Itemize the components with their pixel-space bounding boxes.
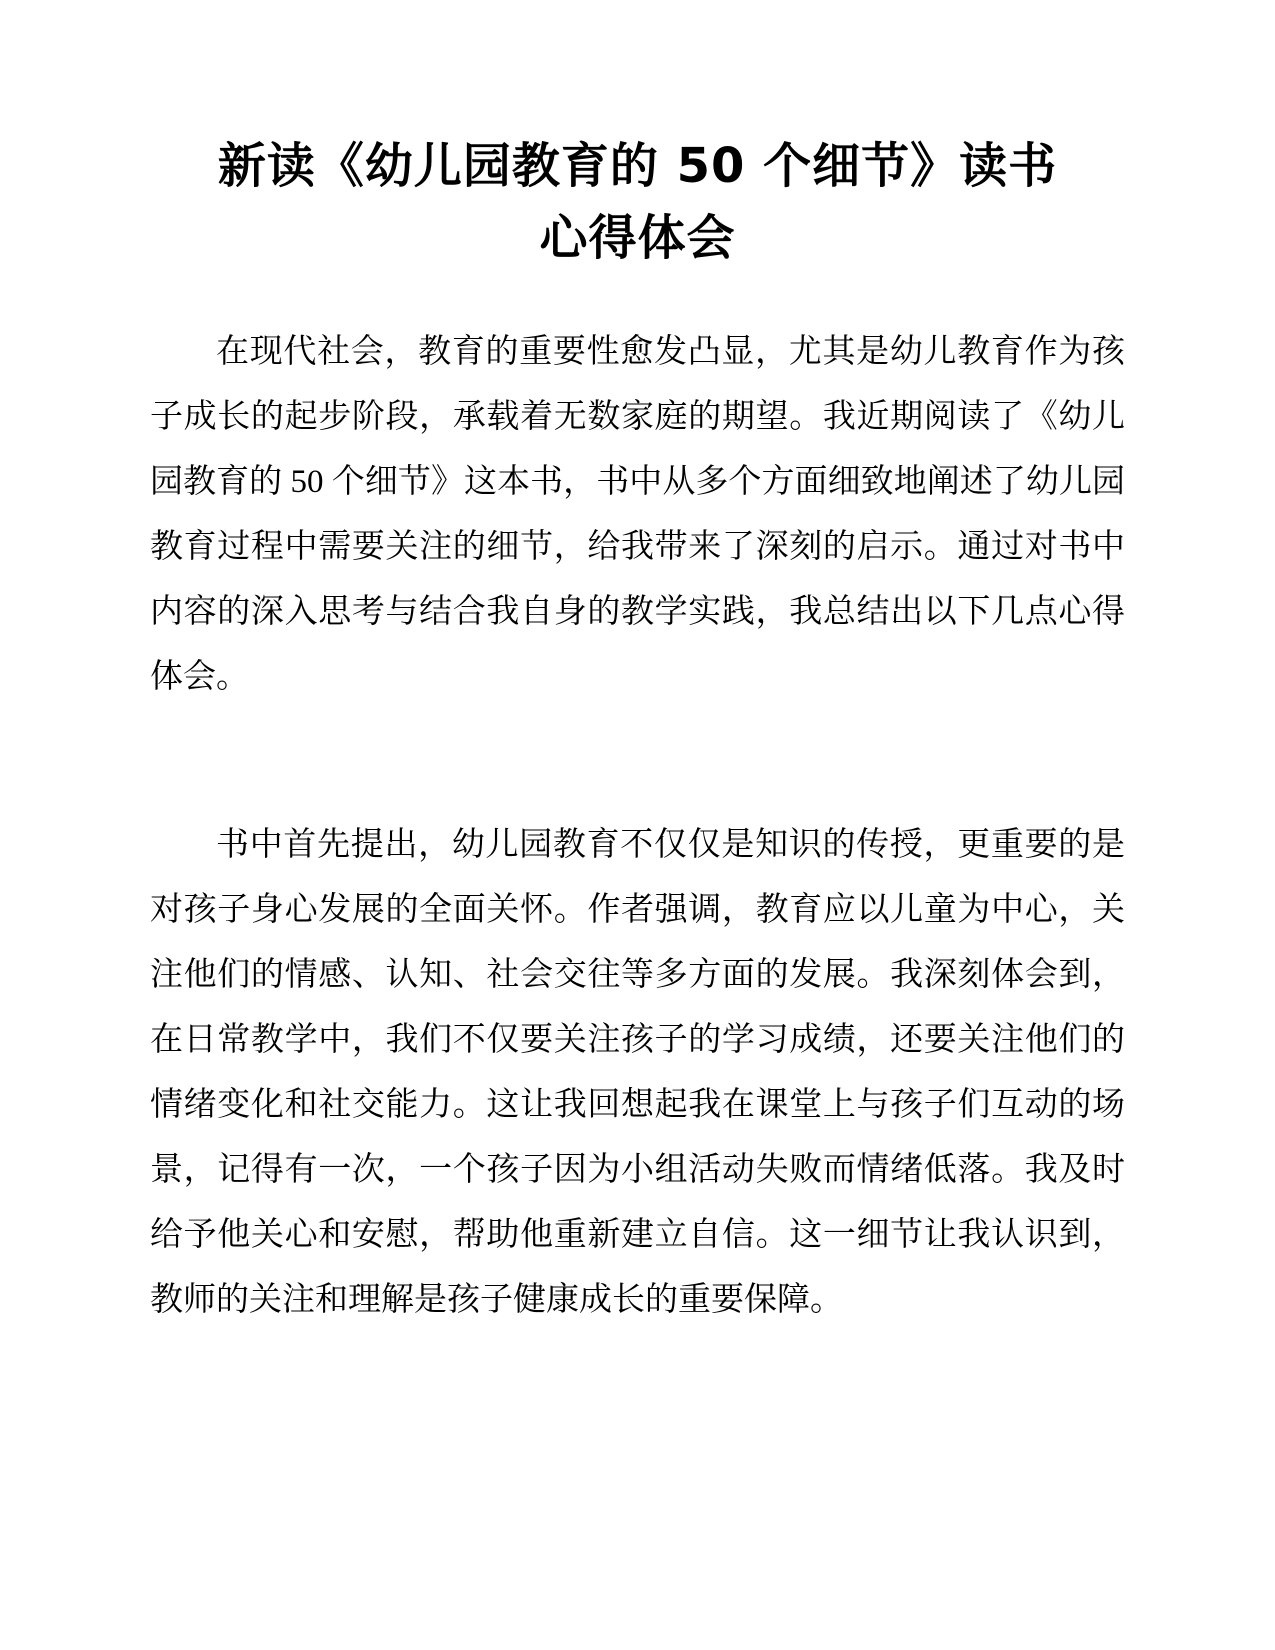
document-page: 新读《幼儿园教育的 50 个细节》读书心得体会 在现代社会，教育的重要性愈发凸显…: [0, 0, 1275, 1650]
paragraph-main-point: 书中首先提出，幼儿园教育不仅仅是知识的传授，更重要的是对孩子身心发展的全面关怀。…: [150, 813, 1125, 1333]
document-title: 新读《幼儿园教育的 50 个细节》读书心得体会: [208, 130, 1068, 274]
document-body: 在现代社会，教育的重要性愈发凸显，尤其是幼儿教育作为孩子成长的起步阶段，承载着无…: [150, 320, 1125, 1333]
paragraph-intro: 在现代社会，教育的重要性愈发凸显，尤其是幼儿教育作为孩子成长的起步阶段，承载着无…: [150, 320, 1125, 710]
